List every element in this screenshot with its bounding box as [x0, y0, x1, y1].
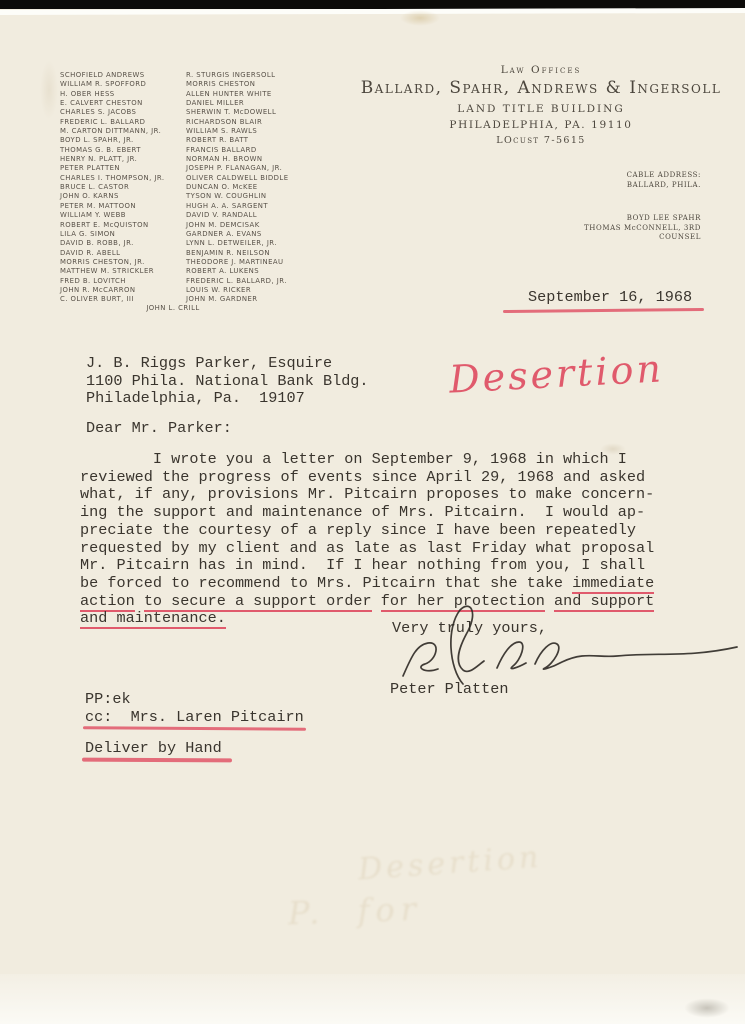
- letterhead: Law Offices Ballard, Spahr, Andrews & In…: [352, 64, 730, 146]
- body-text: I wrote you a letter on September 9, 196…: [80, 450, 627, 468]
- cc-marker-underline: [83, 726, 306, 731]
- attorney-column-1: SCHOFIELD ANDREWSWILLIAM R. SPOFFORDH. O…: [60, 71, 186, 305]
- body-text: [372, 592, 381, 610]
- attorney-name: SCHOFIELD ANDREWS: [60, 71, 186, 80]
- attorney-name: THEODORE J. MARTINEAU: [186, 258, 326, 267]
- attorney-name: PETER PLATTEN: [60, 164, 186, 173]
- attorney-roster: SCHOFIELD ANDREWSWILLIAM R. SPOFFORDH. O…: [60, 71, 326, 305]
- attorney-name: LILA G. SIMON: [60, 230, 186, 239]
- attorney-name: TYSON W. COUGHLIN: [186, 192, 326, 201]
- body-line: ing the support and maintenance of Mrs. …: [80, 504, 654, 522]
- body-line: I wrote you a letter on September 9, 196…: [80, 451, 654, 469]
- body-text: reviewed the progress of events since Ap…: [80, 468, 645, 486]
- attorney-name-bottom: JOHN L. CRILL: [48, 304, 298, 313]
- attorney-name: LOUIS W. RICKER: [186, 286, 326, 295]
- attorney-name: MATTHEW M. STRICKLER: [60, 267, 186, 276]
- deliver-marker-underline: [82, 758, 232, 763]
- paper-stain: [40, 60, 58, 120]
- recipient-line: 1100 Phila. National Bank Bldg.: [86, 373, 369, 391]
- attorney-name: FREDERIC L. BALLARD, JR.: [186, 277, 326, 286]
- attorney-name: ROBERT E. McQUISTON: [60, 221, 186, 230]
- attorney-name: M. CARTON DITTMANN, JR.: [60, 127, 186, 136]
- building-line: LAND TITLE BUILDING: [352, 103, 730, 115]
- attorney-name: JOHN O. KARNS: [60, 192, 186, 201]
- body-text: Mr. Pitcairn has in mind. If I hear noth…: [80, 556, 645, 574]
- attorney-name: CHARLES I. THOMPSON, JR.: [60, 174, 186, 183]
- counsel-name: BOYD LEE SPAHR: [584, 214, 701, 224]
- counsel-name: THOMAS McCONNELL, 3RD: [584, 224, 701, 234]
- recipient-line: Philadelphia, Pa. 19107: [86, 390, 369, 408]
- attorney-name: HUGH A. A. SARGENT: [186, 202, 326, 211]
- attorney-name: WILLIAM Y. WEBB: [60, 211, 186, 220]
- city-line: PHILADELPHIA, PA. 19110: [352, 119, 730, 131]
- body-line: be forced to recommend to Mrs. Pitcairn …: [80, 575, 654, 593]
- attorney-name: DAVID R. ABELL: [60, 249, 186, 258]
- bleed-through-handwriting: P. for: [287, 890, 422, 933]
- body-text: preciate the courtesy of a reply since I…: [80, 521, 636, 539]
- recipient-line: J. B. Riggs Parker, Esquire: [86, 355, 369, 373]
- paper-bottom-edge: [0, 974, 745, 1024]
- body-text: [135, 592, 144, 610]
- attorney-name: NORMAN H. BROWN: [186, 155, 326, 164]
- body-text: what, if any, provisions Mr. Pitcairn pr…: [80, 485, 654, 503]
- attorney-name: LYNN L. DETWEILER, JR.: [186, 239, 326, 248]
- signature-typed-name: Peter Platten: [390, 680, 508, 698]
- attorney-name: CHARLES S. JACOBS: [60, 108, 186, 117]
- attorney-name: DAVID B. ROBB, JR.: [60, 239, 186, 248]
- attorney-name: MORRIS CHESTON: [186, 80, 326, 89]
- body-line: Mr. Pitcairn has in mind. If I hear noth…: [80, 557, 654, 575]
- attorney-name: WILLIAM S. RAWLS: [186, 127, 326, 136]
- cable-address-label: CABLE ADDRESS:: [627, 170, 701, 180]
- attorney-name: R. STURGIS INGERSOLL: [186, 71, 326, 80]
- scanned-letter-page: { "colors": { "marker_pink": "#e05a6c", …: [0, 0, 745, 1024]
- attorney-name: PETER M. MATTOON: [60, 202, 186, 211]
- attorney-column-2: R. STURGIS INGERSOLLMORRIS CHESTONALLEN …: [186, 71, 326, 305]
- body-line: preciate the courtesy of a reply since I…: [80, 522, 654, 540]
- attorney-name: JOHN M. DEMCISAK: [186, 221, 326, 230]
- date-marker-underline: [503, 308, 704, 313]
- attorney-name: FRANCIS BALLARD: [186, 146, 326, 155]
- attorney-name: MORRIS CHESTON, JR.: [60, 258, 186, 267]
- counsel-label: COUNSEL: [584, 233, 701, 243]
- attorney-name: BOYD L. SPAHR, JR.: [60, 136, 186, 145]
- salutation: Dear Mr. Parker:: [86, 419, 232, 437]
- attorney-name: OLIVER CALDWELL BIDDLE: [186, 174, 326, 183]
- cable-address-block: CABLE ADDRESS: BALLARD, PHILA.: [627, 170, 701, 190]
- attorney-name: DANIEL MILLER: [186, 99, 326, 108]
- attorney-name: RICHARDSON BLAIR: [186, 118, 326, 127]
- attorney-name: BENJAMIN R. NEILSON: [186, 249, 326, 258]
- body-text: requested by my client and as late as la…: [80, 539, 654, 557]
- attorney-name: SHERWIN T. McDOWELL: [186, 108, 326, 117]
- cc-line: cc: Mrs. Laren Pitcairn: [85, 708, 304, 726]
- attorney-name: JOSEPH P. FLANAGAN, JR.: [186, 164, 326, 173]
- attorney-name: HENRY N. PLATT, JR.: [60, 155, 186, 164]
- reference-initials: PP:ek: [85, 690, 131, 708]
- attorney-name: ALLEN HUNTER WHITE: [186, 90, 326, 99]
- deliver-by-hand-line: Deliver by Hand: [85, 739, 222, 757]
- attorney-name: FRED B. LOVITCH: [60, 277, 186, 286]
- counsel-block: BOYD LEE SPAHRTHOMAS McCONNELL, 3RD COUN…: [584, 214, 701, 243]
- attorney-name: BRUCE L. CASTOR: [60, 183, 186, 192]
- attorney-name: FREDERIC L. BALLARD: [60, 118, 186, 127]
- attorney-name: H. OBER HESS: [60, 90, 186, 99]
- attorney-name: GARDNER A. EVANS: [186, 230, 326, 239]
- attorney-name: JOHN R. McCARRON: [60, 286, 186, 295]
- attorney-name: ROBERT A. LUKENS: [186, 267, 326, 276]
- attorney-name: THOMAS G. B. EBERT: [60, 146, 186, 155]
- counsel-names: BOYD LEE SPAHRTHOMAS McCONNELL, 3RD: [584, 214, 701, 233]
- bleed-through-handwriting: Desertion: [357, 840, 543, 888]
- attorney-name: DAVID V. RANDALL: [186, 211, 326, 220]
- body-line: reviewed the progress of events since Ap…: [80, 469, 654, 487]
- recipient-block: J. B. Riggs Parker, Esquire1100 Phila. N…: [86, 355, 369, 408]
- law-offices-label: Law Offices: [352, 64, 730, 76]
- body-text: ing the support and maintenance of Mrs. …: [80, 503, 645, 521]
- cable-address-value: BALLARD, PHILA.: [627, 180, 701, 190]
- body-text: be forced to recommend to Mrs. Pitcairn …: [80, 574, 572, 592]
- attorney-name: ROBERT R. BATT: [186, 136, 326, 145]
- underlined-text: immediate: [572, 574, 654, 594]
- handwritten-annotation: Desertion: [448, 346, 665, 401]
- attorney-name: DUNCAN O. McKEE: [186, 183, 326, 192]
- body-line: what, if any, provisions Mr. Pitcairn pr…: [80, 486, 654, 504]
- date-line: September 16, 1968: [528, 288, 692, 306]
- attorney-name: E. CALVERT CHESTON: [60, 99, 186, 108]
- phone-line: LOcust 7-5615: [352, 135, 730, 146]
- firm-name: Ballard, Spahr, Andrews & Ingersoll: [352, 78, 730, 98]
- attorney-name: WILLIAM R. SPOFFORD: [60, 80, 186, 89]
- body-line: requested by my client and as late as la…: [80, 540, 654, 558]
- paper-top-edge: [0, 8, 745, 15]
- underlined-text: and maintenance.: [80, 609, 226, 629]
